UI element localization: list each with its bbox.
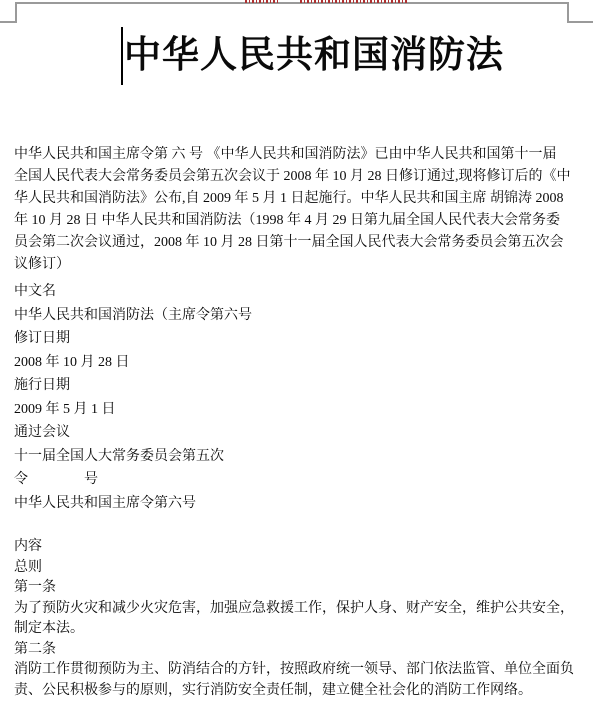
- text-line: 华人民共和国消防法》公布,自 2009 年 5 月 1 日起施行。中华人民共和国…: [14, 188, 583, 210]
- page-border-corner-left: [15, 2, 17, 23]
- text-line: 令 号: [14, 468, 583, 492]
- title-block: 中华人民共和国消防法: [121, 27, 504, 85]
- text-line: 中华人民共和国主席令第六号: [14, 492, 583, 516]
- text-line: 第一条: [14, 578, 583, 599]
- text-line: 员会第二次会议通过，2008 年 10 月 28 日第十一届全国人民代表大会常务…: [14, 232, 583, 254]
- text-line: 中华人民共和国主席令第 六 号 《中华人民共和国消防法》已由中华人民共和国第十一…: [14, 144, 583, 166]
- text-line: 总则: [14, 558, 583, 579]
- document-title: 中华人民共和国消防法: [124, 27, 504, 85]
- clipped-red-marks-right: [300, 0, 408, 3]
- meta-section: 中文名中华人民共和国消防法（主席令第六号修订日期2008 年 10 月 28 日…: [14, 280, 583, 515]
- document-page: { "page": { "title": "中华人民共和国消防法" }, "co…: [0, 0, 593, 704]
- text-line: 通过会议: [14, 421, 583, 445]
- page-border-corner-right: [567, 2, 569, 23]
- text-line: 2009 年 5 月 1 日: [14, 398, 583, 422]
- text-line: 内容: [14, 537, 583, 558]
- text-line: 第二条: [14, 640, 583, 661]
- text-line: 为了预防火灾和减少火灾危害，加强应急救援工作，保护人身、财产安全，维护公共安全，: [14, 599, 583, 620]
- page-border-step-right: [567, 21, 593, 23]
- text-line: 年 10 月 28 日 中华人民共和国消防法（1998 年 4 月 29 日第九…: [14, 210, 583, 232]
- text-line: 中文名: [14, 280, 583, 304]
- content-section: 内容总则第一条为了预防火灾和减少火灾危害，加强应急救援工作，保护人身、财产安全，…: [14, 537, 583, 701]
- section-gap: [14, 515, 583, 537]
- page-border-step-left: [0, 21, 17, 23]
- text-line: 修订日期: [14, 327, 583, 351]
- text-line: 责、公民积极参与的原则，实行消防安全责任制，建立健全社会化的消防工作网络。: [14, 681, 583, 702]
- text-line: 议修订）: [14, 254, 583, 276]
- text-line: 十一届全国人大常务委员会第五次: [14, 445, 583, 469]
- page-top-border: [15, 2, 569, 4]
- clipped-red-marks-left: [245, 0, 279, 3]
- text-line: 施行日期: [14, 374, 583, 398]
- text-line: 制定本法。: [14, 619, 583, 640]
- text-line: 中华人民共和国消防法（主席令第六号: [14, 304, 583, 328]
- intro-paragraph: 中华人民共和国主席令第 六 号 《中华人民共和国消防法》已由中华人民共和国第十一…: [14, 144, 583, 276]
- text-cursor: [121, 27, 123, 85]
- text-line: 全国人民代表大会常务委员会第五次会议于 2008 年 10 月 28 日修订通过…: [14, 166, 583, 188]
- document-body: 中华人民共和国主席令第 六 号 《中华人民共和国消防法》已由中华人民共和国第十一…: [14, 144, 583, 701]
- text-line: 2008 年 10 月 28 日: [14, 351, 583, 375]
- text-line: 消防工作贯彻预防为主、防消结合的方针，按照政府统一领导、部门依法监管、单位全面负: [14, 660, 583, 681]
